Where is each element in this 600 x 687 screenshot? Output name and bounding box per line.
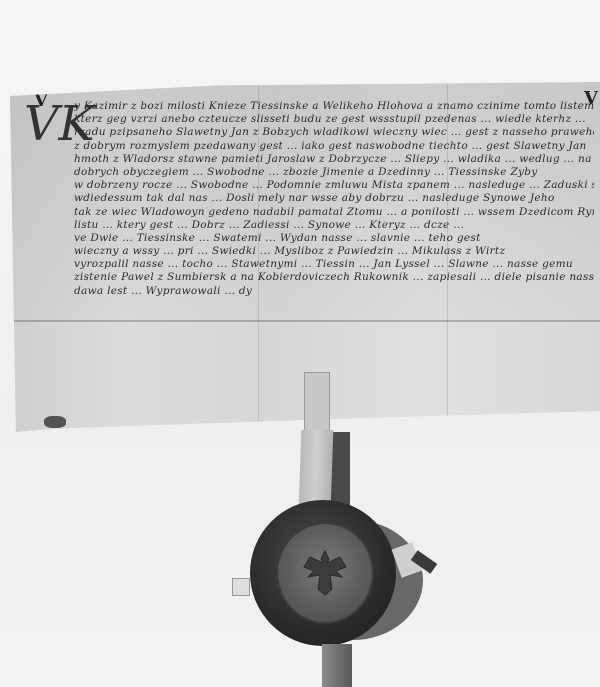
seal-tag-left — [232, 578, 250, 596]
eagle-icon — [278, 524, 372, 622]
text-line: listu ... ktery gest ... Dobrz ... Zadie… — [74, 219, 594, 232]
text-line: ve Dwie ... Tiessinske ... Swatemi ... W… — [74, 232, 594, 245]
seal-impression — [276, 522, 374, 624]
text-line: vyrozpalil nasse ... tocho ... Stawetnym… — [74, 258, 594, 271]
text-line: kterz geg vzrzi anebo czteucze slisseti … — [74, 113, 594, 126]
seal-strap-bottom — [322, 644, 352, 687]
text-line: hmoth z Wladorsz stawne pamieti Jaroslaw… — [74, 153, 594, 166]
text-line: rzadu pzipsaneho Slawetny Jan z Bobzych … — [74, 126, 594, 139]
text-line: zistenie Pawel z Sumbiersk a na Kobierdo… — [74, 271, 594, 284]
photograph: VK V V y Kazimir z bozi milosti Knieze T… — [0, 0, 600, 687]
fold-line — [10, 320, 600, 322]
ink-stain — [44, 416, 66, 428]
text-line: z dobrym rozmyslem pzedawany gest ... ia… — [74, 140, 594, 153]
text-line: wdiedessum tak dal nas ... Dosli mely na… — [74, 192, 594, 205]
text-line: wieczny a wssy ... pri ... Swiedki ... M… — [74, 245, 594, 258]
seal-strap — [299, 430, 334, 508]
handwritten-text: y Kazimir z bozi milosti Knieze Tiessins… — [74, 100, 594, 298]
corner-marker-left: V — [34, 90, 48, 111]
text-line: dobrych obyczegiem ... Swobodne ... zboz… — [74, 166, 594, 179]
text-line: y Kazimir z bozi milosti Knieze Tiessins… — [74, 100, 594, 113]
seal-strap-top — [304, 372, 330, 434]
text-line: dawa lest ... Wyprawowali ... dy — [74, 285, 594, 298]
text-line: tak ze wiec Wladowoyn gedeno nadabil pam… — [74, 206, 594, 219]
text-line: w dobrzeny rocze ... Swobodne ... Podomn… — [74, 179, 594, 192]
